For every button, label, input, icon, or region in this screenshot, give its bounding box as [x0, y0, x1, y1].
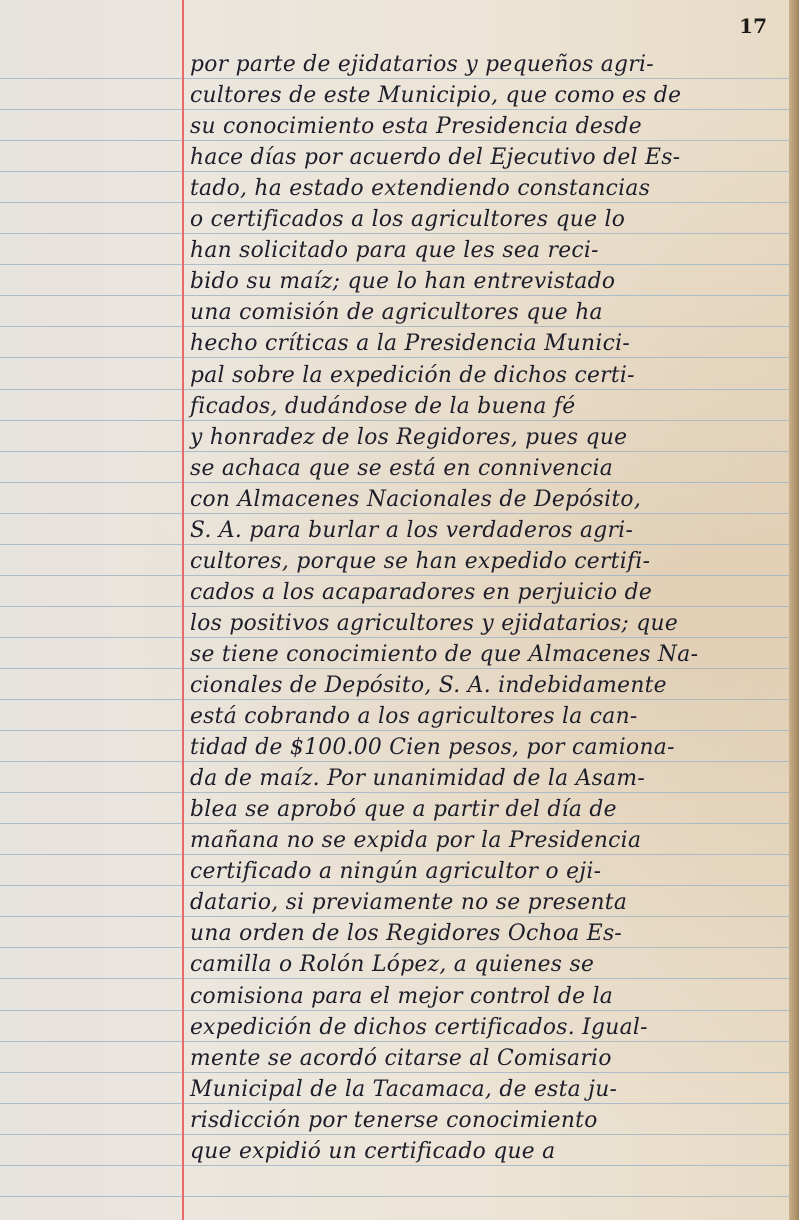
ruled-line: [0, 357, 789, 358]
handwritten-line: por parte de ejidatarios y pequeños agri…: [190, 52, 780, 77]
handwritten-line: con Almacenes Nacionales de Depósito,: [190, 487, 780, 512]
handwritten-line: hace días por acuerdo del Ejecutivo del …: [190, 145, 780, 170]
ruled-line: [0, 761, 789, 762]
ledger-page: 17 por parte de ejidatarios y pequeños a…: [0, 0, 789, 1220]
ruled-line: [0, 109, 789, 110]
handwritten-line: S. A. para burlar a los verdaderos agri-: [190, 518, 780, 543]
ruled-line: [0, 730, 789, 731]
page-edge: [789, 0, 799, 1220]
ruled-line: [0, 202, 789, 203]
ruled-line: [0, 1103, 789, 1104]
handwritten-line: bido su maíz; que lo han entrevistado: [190, 269, 780, 294]
handwritten-line: que expidió un certificado que a: [190, 1139, 780, 1164]
ruled-line: [0, 606, 789, 607]
ruled-line: [0, 885, 789, 886]
ruled-line: [0, 482, 789, 483]
ruled-line: [0, 326, 789, 327]
ruled-line: [0, 792, 789, 793]
handwritten-line: cados a los acaparadores en perjuicio de: [190, 580, 780, 605]
handwritten-line: y honradez de los Regidores, pues que: [190, 425, 780, 450]
handwritten-line: una orden de los Regidores Ochoa Es-: [190, 921, 780, 946]
ruled-line: [0, 668, 789, 669]
handwritten-line: está cobrando a los agricultores la can-: [190, 704, 780, 729]
handwritten-line: mente se acordó citarse al Comisario: [190, 1046, 780, 1071]
handwritten-line: tado, ha estado extendiendo constancias: [190, 176, 780, 201]
handwritten-line: blea se aprobó que a partir del día de: [190, 797, 780, 822]
ruled-line: [0, 699, 789, 700]
handwritten-line: risdicción por tenerse conocimiento: [190, 1108, 780, 1133]
handwritten-line: una comisión de agricultores que ha: [190, 300, 780, 325]
handwritten-line: hecho críticas a la Presidencia Munici-: [190, 331, 780, 356]
page-number: 17: [739, 14, 767, 38]
handwritten-line: o certificados a los agricultores que lo: [190, 207, 780, 232]
handwritten-line: camilla o Rolón López, a quienes se: [190, 952, 780, 977]
handwritten-line: da de maíz. Por unanimidad de la Asam-: [190, 766, 780, 791]
ruled-line: [0, 513, 789, 514]
ruled-line: [0, 78, 789, 79]
handwritten-line: mañana no se expida por la Presidencia: [190, 828, 780, 853]
ruled-line: [0, 389, 789, 390]
handwritten-line: cionales de Depósito, S. A. indebidament…: [190, 673, 780, 698]
ruled-line: [0, 1134, 789, 1135]
ruled-line: [0, 916, 789, 917]
handwritten-line: se tiene conocimiento de que Almacenes N…: [190, 642, 780, 667]
handwritten-line: se achaca que se está en connivencia: [190, 456, 780, 481]
ruled-line: [0, 854, 789, 855]
handwritten-line: certificado a ningún agricultor o eji-: [190, 859, 780, 884]
ruled-line: [0, 264, 789, 265]
handwritten-line: pal sobre la expedición de dichos certi-: [190, 363, 780, 388]
ruled-line: [0, 1072, 789, 1073]
ruled-line: [0, 637, 789, 638]
ruled-line: [0, 420, 789, 421]
ruled-line: [0, 171, 789, 172]
handwritten-line: comisiona para el mejor control de la: [190, 984, 780, 1009]
red-margin-line: [182, 0, 184, 1220]
handwritten-line: su conocimiento esta Presidencia desde: [190, 114, 780, 139]
handwritten-line: Municipal de la Tacamaca, de esta ju-: [190, 1077, 780, 1102]
ruled-line: [0, 1196, 789, 1197]
ruled-line: [0, 233, 789, 234]
ruled-line: [0, 451, 789, 452]
ruled-line: [0, 544, 789, 545]
handwritten-line: cultores, porque se han expedido certifi…: [190, 549, 780, 574]
handwritten-line: ficados, dudándose de la buena fé: [190, 394, 780, 419]
handwritten-line: datario, si previamente no se presenta: [190, 890, 780, 915]
handwritten-line: tidad de $100.00 Cien pesos, por camiona…: [190, 735, 780, 760]
ruled-line: [0, 140, 789, 141]
ruled-line: [0, 947, 789, 948]
ruled-line: [0, 978, 789, 979]
handwritten-line: han solicitado para que les sea reci-: [190, 238, 780, 263]
ruled-line: [0, 1165, 789, 1166]
ruled-line: [0, 1041, 789, 1042]
ruled-line: [0, 1010, 789, 1011]
handwritten-line: expedición de dichos certificados. Igual…: [190, 1015, 780, 1040]
handwritten-line: los positivos agricultores y ejidatarios…: [190, 611, 780, 636]
handwritten-line: cultores de este Municipio, que como es …: [190, 83, 780, 108]
ruled-line: [0, 575, 789, 576]
ruled-line: [0, 295, 789, 296]
ruled-line: [0, 823, 789, 824]
